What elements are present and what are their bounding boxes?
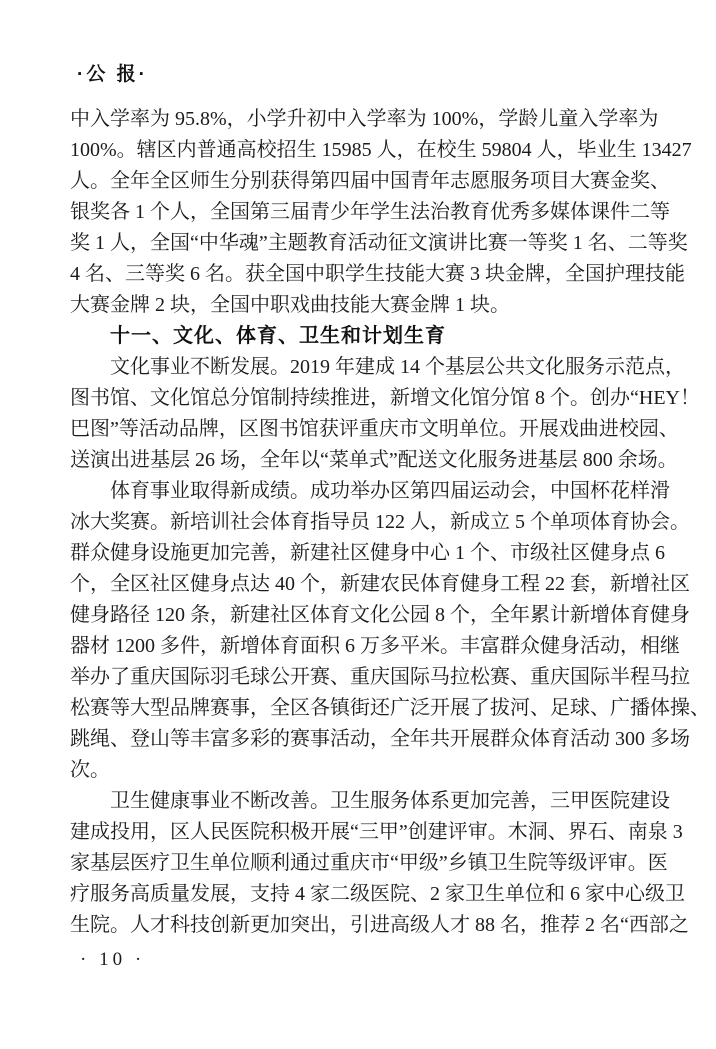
section-heading-11: 十一、文化、体育、卫生和计划生育	[70, 321, 648, 352]
text-line: 跳绳、登山等丰富多彩的赛事活动，全年共开展群众体育活动 300 多场	[70, 724, 648, 755]
text-line: 建成投用，区人民医院积极开展“三甲”创建评审。木洞、界石、南泉 3	[70, 817, 648, 848]
text-line: 大赛金牌 2 块，全国中职戏曲技能大赛金牌 1 块。	[70, 290, 648, 321]
text-line: 家基层医疗卫生单位顺利通过重庆市“甲级”乡镇卫生院等级评审。医	[70, 848, 648, 879]
document-body: 中入学率为 95.8%，小学升初中入学率为 100%，学龄儿童入学率为100%。…	[70, 104, 648, 941]
paragraph-education-continued: 中入学率为 95.8%，小学升初中入学率为 100%，学龄儿童入学率为100%。…	[70, 104, 648, 321]
text-line: 冰大奖赛。新培训社会体育指导员 122 人，新成立 5 个单项体育协会。	[70, 507, 648, 538]
section-heading-text: 十一、文化、体育、卫生和计划生育	[70, 321, 648, 352]
text-line: 卫生健康事业不断改善。卫生服务体系更加完善，三甲医院建设	[70, 786, 648, 817]
paragraph-culture: 文化事业不断发展。2019 年建成 14 个基层公共文化服务示范点，图书馆、文化…	[70, 352, 648, 476]
text-line: 举办了重庆国际羽毛球公开赛、重庆国际马拉松赛、重庆国际半程马拉	[70, 662, 648, 693]
text-line: 生院。人才科技创新更加突出，引进高级人才 88 名，推荐 2 名“西部之	[70, 910, 648, 941]
text-line: 100%。辖区内普通高校招生 15985 人，在校生 59804 人，毕业生 1…	[70, 135, 648, 166]
text-line: 人。全年全区师生分别获得第四届中国青年志愿服务项目大赛金奖、	[70, 166, 648, 197]
page-number: · 10 ·	[80, 949, 145, 971]
text-line: 文化事业不断发展。2019 年建成 14 个基层公共文化服务示范点，	[70, 352, 648, 383]
text-line: 体育事业取得新成绩。成功举办区第四届运动会，中国杯花样滑	[70, 476, 648, 507]
text-line: 银奖各 1 个人，全国第三届青少年学生法治教育优秀多媒体课件二等	[70, 197, 648, 228]
text-line: 器材 1200 多件，新增体育面积 6 万多平米。丰富群众健身活动，相继	[70, 631, 648, 662]
text-line: 中入学率为 95.8%，小学升初中入学率为 100%，学龄儿童入学率为	[70, 104, 648, 135]
text-line: 个，全区社区健身点达 40 个，新建农民体育健身工程 22 套，新增社区	[70, 569, 648, 600]
text-line: 送演出进基层 26 场，全年以“菜单式”配送文化服务进基层 800 余场。	[70, 445, 648, 476]
text-line: 疗服务高质量发展，支持 4 家二级医院、2 家卫生单位和 6 家中心级卫	[70, 879, 648, 910]
text-line: 群众健身设施更加完善，新建社区健身中心 1 个、市级社区健身点 6	[70, 538, 648, 569]
bulletin-page: ·公 报· 中入学率为 95.8%，小学升初中入学率为 100%，学龄儿童入学率…	[0, 0, 716, 1049]
text-line: 奖 1 人，全国“中华魂”主题教育活动征文演讲比赛一等奖 1 名、二等奖	[70, 228, 648, 259]
text-line: 4 名、三等奖 6 名。获全国中职学生技能大赛 3 块金牌，全国护理技能	[70, 259, 648, 290]
text-line: 巴图”等活动品牌，区图书馆获评重庆市文明单位。开展戏曲进校园、	[70, 414, 648, 445]
text-line: 松赛等大型品牌赛事，全区各镇街还广泛开展了拔河、足球、广播体操、	[70, 693, 648, 724]
paragraph-health: 卫生健康事业不断改善。卫生服务体系更加完善，三甲医院建设建成投用，区人民医院积极…	[70, 786, 648, 941]
text-line: 图书馆、文化馆总分馆制持续推进，新增文化馆分馆 8 个。创办“HEY！	[70, 383, 648, 414]
running-header: ·公 报·	[77, 59, 148, 86]
text-line: 健身路径 120 条，新建社区体育文化公园 8 个，全年累计新增体育健身	[70, 600, 648, 631]
text-line: 次。	[70, 755, 648, 786]
paragraph-sports: 体育事业取得新成绩。成功举办区第四届运动会，中国杯花样滑冰大奖赛。新培训社会体育…	[70, 476, 648, 786]
